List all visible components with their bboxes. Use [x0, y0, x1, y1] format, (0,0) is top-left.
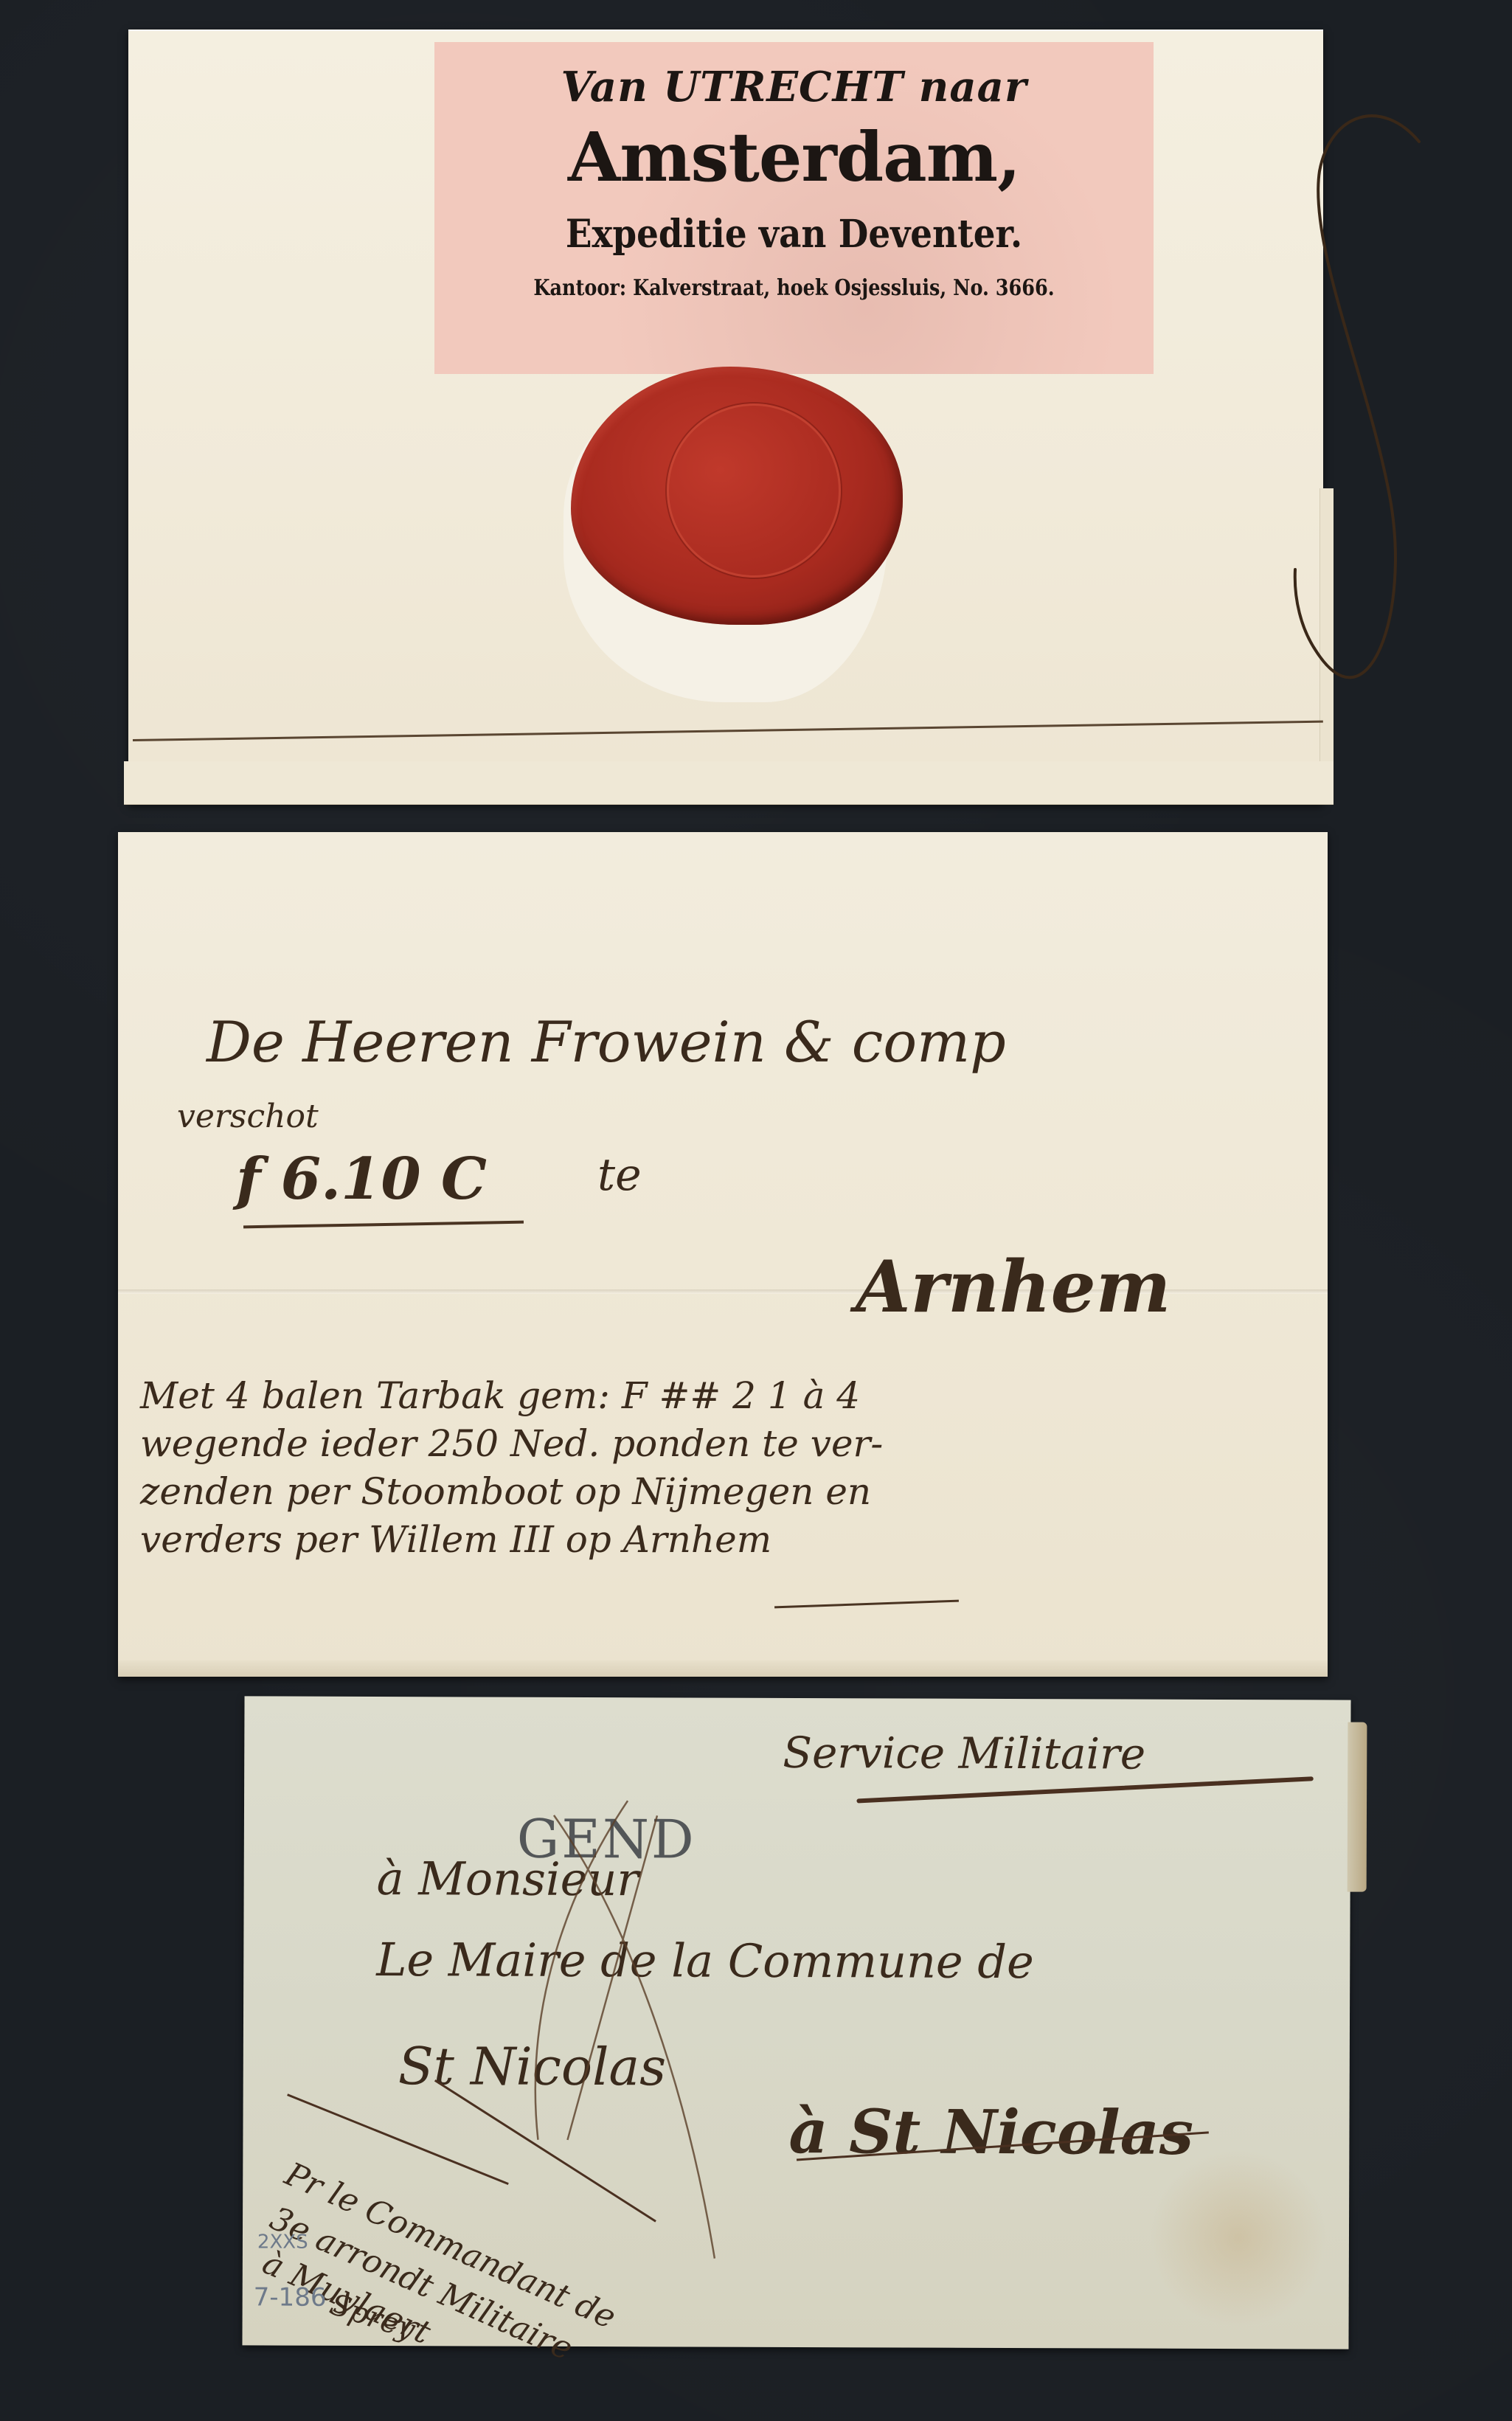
- label-route-line: Van UTRECHT naar: [434, 63, 1154, 111]
- instruction-line: verders per Willem III op Arnhem: [140, 1518, 771, 1561]
- instruction-line: wegende ieder 250 Ned. ponden te ver-: [140, 1422, 883, 1465]
- manuscript-cross-marks-icon: [242, 1696, 1350, 2349]
- charge-amount: f 6.10 C: [236, 1146, 487, 1213]
- seal-impression-ring: [667, 403, 841, 578]
- amount-underline: [243, 1221, 524, 1229]
- printed-forwarding-label: Van UTRECHT naar Amsterdam, Expeditie va…: [434, 42, 1154, 374]
- wax-seal-icon: [571, 367, 903, 625]
- envelope-fold-strip: [124, 761, 1334, 805]
- pencil-note: 2XXS: [257, 2231, 308, 2253]
- label-forwarder: Expeditie van Deventer.: [471, 212, 1118, 257]
- cover-arnhem: De Heeren Frowein & comp verschot f 6.10…: [118, 832, 1328, 1677]
- envelope-flap-edge: [133, 721, 1323, 741]
- instruction-line: Met 4 balen Tarbak gem: F ## 2 1 à 4: [140, 1374, 860, 1417]
- charge-label: verschot: [177, 1098, 319, 1135]
- address-te: te: [597, 1149, 642, 1201]
- label-destination: Amsterdam,: [434, 117, 1154, 197]
- address-addressee: De Heeren Frowein & comp: [207, 1009, 1006, 1075]
- instruction-line: zenden per Stoomboot op Nijmegen en: [140, 1470, 871, 1513]
- pencil-note: 7-186: [254, 2282, 327, 2312]
- address-city: Arnhem: [856, 1245, 1171, 1329]
- cover-utrecht-amsterdam: Van UTRECHT naar Amsterdam, Expeditie va…: [128, 30, 1323, 804]
- envelope-bottom-edge: [118, 1660, 1328, 1677]
- closing-flourish: [774, 1600, 959, 1609]
- cover-military-gend: Service Militaire GEND à Monsieur Le Mai…: [242, 1696, 1350, 2349]
- label-office-address: Kantoor: Kalverstraat, hoek Osjessluis, …: [488, 275, 1100, 301]
- manuscript-s-mark-icon: [1279, 83, 1426, 747]
